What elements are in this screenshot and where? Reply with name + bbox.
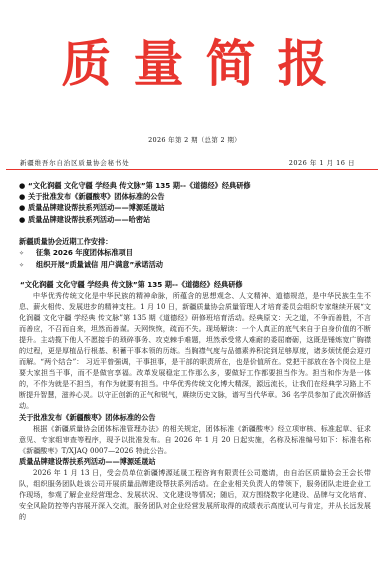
- masthead: 质量简报: [0, 36, 389, 92]
- bullet-icon: ●: [19, 180, 28, 191]
- article-body: 中华优秀传统文化是中华民族的精神命脉，所蕴含的思想观念、人文精神、道德规范，是中…: [19, 290, 371, 412]
- bullet-icon: ●: [19, 191, 28, 202]
- articles: “文化润疆 文化守疆 学经典 传文脉”第 135 期--《道德经》经典研修 中华…: [19, 279, 371, 522]
- masthead-title: 质量简报: [0, 36, 389, 92]
- agenda-item: ✧组织开展“质量诚信 用户满意”承诺活动: [19, 259, 379, 271]
- article-heading: 质量品牌建设帮扶系列活动——博源延晟站: [19, 456, 371, 467]
- publisher-organization: 新疆维吾尔自治区质量协会秘书处: [20, 158, 130, 168]
- article-heading: 关于批准发布《新疆酸枣》团体标准的公告: [19, 412, 371, 423]
- article-classics-study: “文化润疆 文化守疆 学经典 传文脉”第 135 期--《道德经》经典研修 中华…: [19, 279, 371, 412]
- toc-item-label: “文化润疆 文化守疆 学经典 传文脉”第 135 期--《道德经》经典研修: [28, 181, 251, 190]
- toc-item: ●“文化润疆 文化守疆 学经典 传文脉”第 135 期--《道德经》经典研修: [19, 180, 379, 191]
- bullet-icon: ●: [19, 214, 28, 225]
- work-agenda: 新疆质量协会近期工作安排： ✧征集 2026 年度团体标准项目 ✧组织开展“质量…: [19, 236, 379, 271]
- issue-number: 2026 年第 2 期（总第 2 期）: [0, 135, 389, 145]
- publisher-row: 新疆维吾尔自治区质量协会秘书处 2026 年 1 月 16 日: [20, 158, 375, 168]
- agenda-item-label: 组织开展“质量诚信 用户满意”承诺活动: [36, 260, 163, 269]
- article-body: 根据《新疆质量协会团体标准管理办法》的相关规定，团体标准《新疆酸枣》经立项审核、…: [19, 423, 371, 456]
- toc-item-label: 质量品牌建设帮扶系列活动——哈密站: [28, 215, 150, 224]
- article-brand-support-boyuan: 质量品牌建设帮扶系列活动——博源延晟站 2026 年 1 月 13 日，受会员单…: [19, 456, 371, 522]
- toc-item: ●关于批准发布《新疆酸枣》团体标准的公告: [19, 191, 379, 202]
- bullet-icon: ●: [19, 202, 28, 213]
- toc-item-label: 质量品牌建设帮扶系列活动——博源延晟站: [28, 203, 165, 212]
- agenda-item: ✧征集 2026 年度团体标准项目: [19, 247, 379, 259]
- toc-item-label: 关于批准发布《新疆酸枣》团体标准的公告: [28, 192, 165, 201]
- agenda-heading: 新疆质量协会近期工作安排：: [19, 236, 379, 247]
- toc-item: ●质量品牌建设帮扶系列活动——哈密站: [19, 214, 379, 225]
- publish-date: 2026 年 1 月 16 日: [289, 158, 355, 168]
- agenda-item-label: 征集 2026 年度团体标准项目: [36, 248, 133, 257]
- red-divider: [6, 169, 378, 170]
- article-body: 2026 年 1 月 13 日，受会员单位新疆博源延晟工程咨询有限责任公司邀请，…: [19, 467, 371, 522]
- article-standard-announcement: 关于批准发布《新疆酸枣》团体标准的公告 根据《新疆质量协会团体标准管理办法》的相…: [19, 412, 371, 456]
- diamond-star-icon: ✧: [19, 248, 36, 259]
- table-of-contents: ●“文化润疆 文化守疆 学经典 传文脉”第 135 期--《道德经》经典研修 ●…: [19, 180, 379, 225]
- diamond-star-icon: ✧: [19, 260, 36, 271]
- article-heading: “文化润疆 文化守疆 学经典 传文脉”第 135 期--《道德经》经典研修: [19, 279, 371, 290]
- toc-item: ●质量品牌建设帮扶系列活动——博源延晟站: [19, 202, 379, 213]
